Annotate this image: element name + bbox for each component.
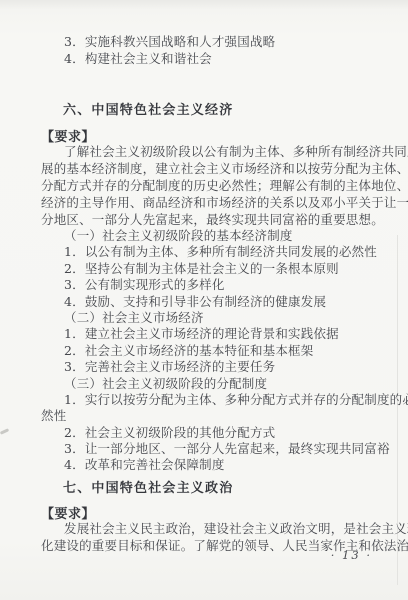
list-item: 4．构建社会主义和谐社会 xyxy=(41,50,381,67)
requirement-paragraph: 了解社会主义初级阶段以公有制为主体、多种所有制经济共同发 展的基本经济制度，建立… xyxy=(41,143,381,228)
scan-shade xyxy=(0,0,408,10)
outline-item: 2．社会主义市场经济的基本特征和基本框架 xyxy=(41,343,381,359)
outline-item: 1．建立社会主义市场经济的理论背景和实践依据 xyxy=(41,326,381,342)
page-number: · 13 · xyxy=(331,548,372,562)
paragraph-line: 发展社会主义民主政治，建设社会主义政治文明，是社会主义现代 xyxy=(41,520,381,537)
outline-item: 2．社会主义初级阶段的其他分配方式 xyxy=(41,425,381,441)
outline-item: 2．坚持公有制为主体是社会主义的一条根本原则 xyxy=(41,261,381,277)
outline-subheading: （三）社会主义初级阶段的分配制度 xyxy=(41,376,381,392)
list-item: 3．实施科教兴国战略和人才强国战略 xyxy=(41,33,381,50)
section-heading-politics: 七、中国特色社会主义政治 xyxy=(63,477,233,496)
outline-item: 1．实行以按劳分配为主体、多种分配方式并存的分配制度的必 xyxy=(41,392,381,408)
outline-item: 4．改革和完善社会保障制度 xyxy=(41,457,381,473)
paragraph-line: 展的基本经济制度，建立社会主义市场经济和以按劳分配为主体、多种 xyxy=(41,160,381,177)
paragraph-line: 分配方式并存的分配制度的历史必然性；理解公有制的主体地位、国有 xyxy=(41,177,381,194)
paragraph-line: 分地区、一部分人先富起来，最终实现共同富裕的重要思想。 xyxy=(41,211,381,228)
outline-item: 3．让一部分地区、一部分人先富起来，最终实现共同富裕 xyxy=(41,441,381,457)
paragraph-line: 了解社会主义初级阶段以公有制为主体、多种所有制经济共同发 xyxy=(41,143,381,160)
outline-item-wrap: 然性 xyxy=(41,408,381,424)
paragraph-line: 经济的主导作用、商品经济和市场经济的关系以及邓小平关于让一部 xyxy=(41,194,381,211)
top-list: 3．实施科教兴国战略和人才强国战略 4．构建社会主义和谐社会 xyxy=(41,33,381,67)
outline-item: 4．鼓励、支持和引导非公有制经济的健康发展 xyxy=(41,294,381,310)
outline-item: 3．公有制实现形式的多样化 xyxy=(41,277,381,293)
outline-subheading: （二）社会主义市场经济 xyxy=(41,310,381,326)
outline-item: 3．完善社会主义市场经济的主要任务 xyxy=(41,359,381,375)
scan-mark xyxy=(0,428,9,435)
outline-subheading: （一）社会主义初级阶段的基本经济制度 xyxy=(41,228,381,244)
outline-item: 1．以公有制为主体、多种所有制经济共同发展的必然性 xyxy=(41,244,381,260)
section-heading-economy: 六、中国特色社会主义经济 xyxy=(63,99,233,118)
document-page: 3．实施科教兴国战略和人才强国战略 4．构建社会主义和谐社会 六、中国特色社会主… xyxy=(0,0,408,600)
outline-list: （一）社会主义初级阶段的基本经济制度 1．以公有制为主体、多种所有制经济共同发展… xyxy=(41,228,381,474)
